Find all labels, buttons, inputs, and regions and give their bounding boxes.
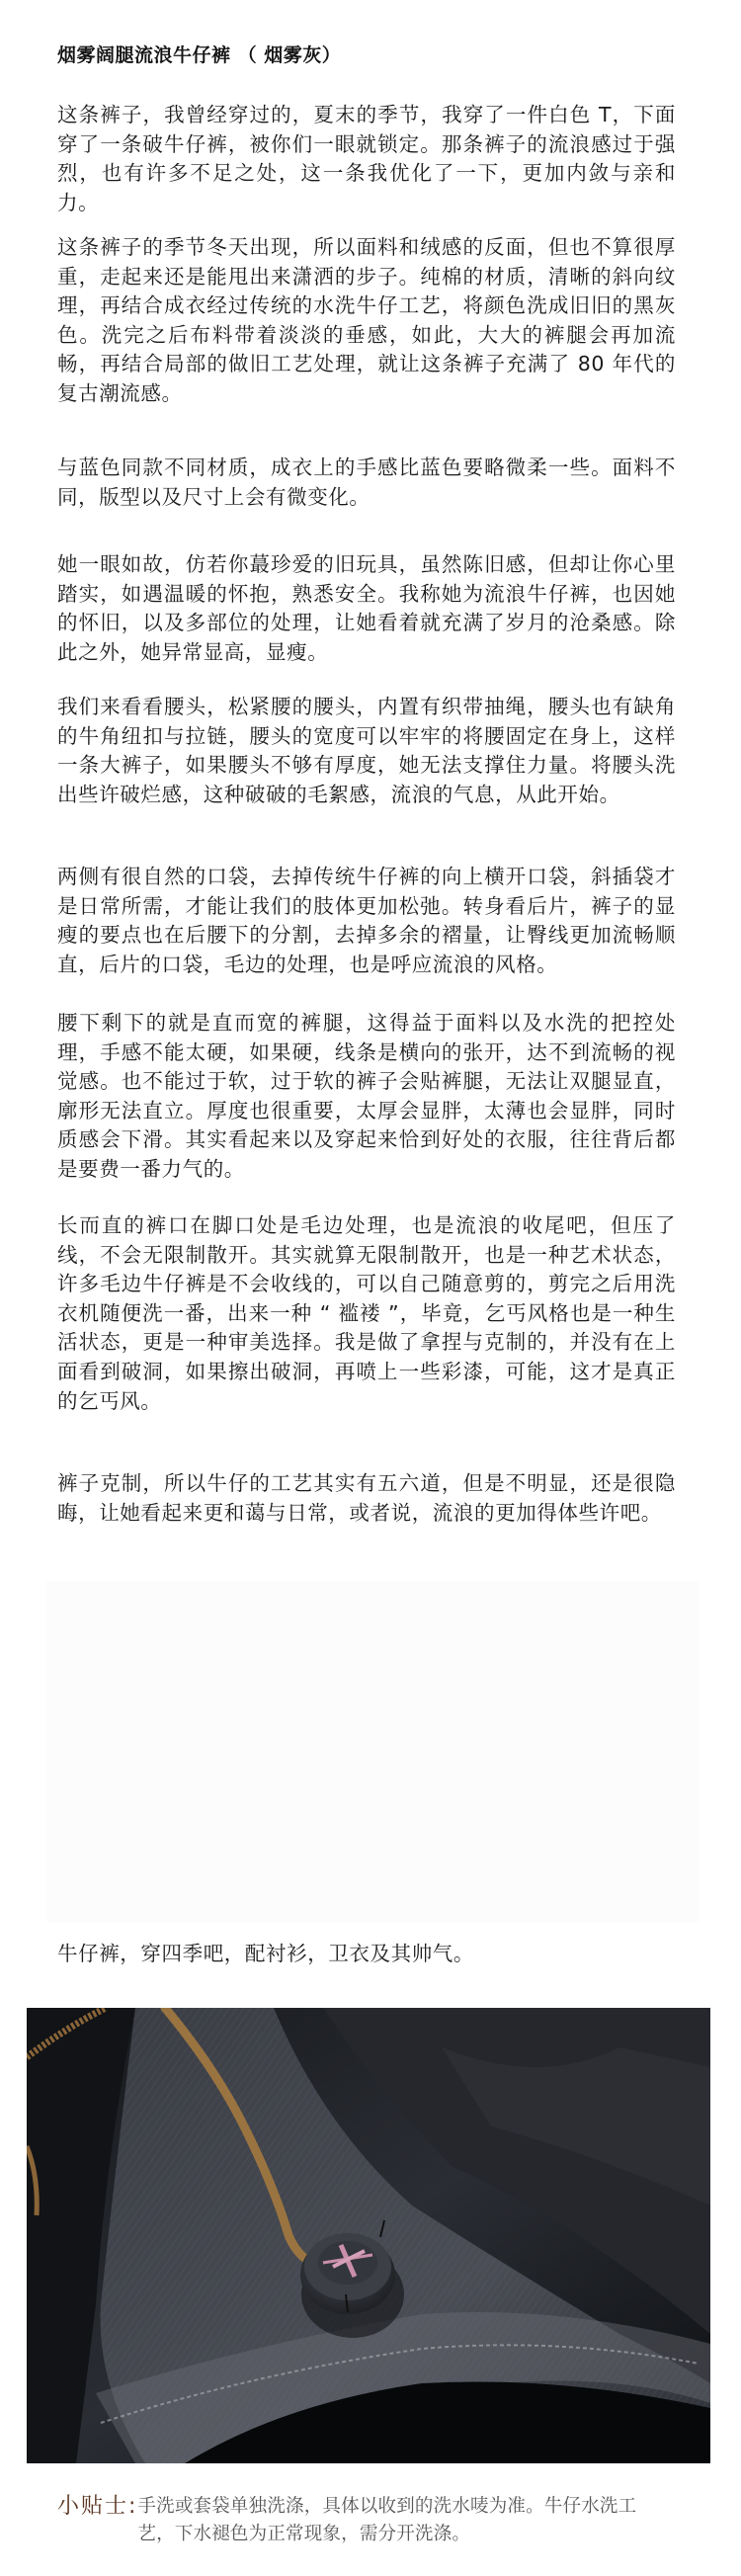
image-placeholder [46, 1581, 699, 1922]
tip-text: 手洗或套袋单独洗涤，具体以收到的洗水唛为准。牛仔水洗工艺，下水褪色为正常现象，需… [137, 2492, 670, 2548]
denim-closeup-illustration [27, 2008, 710, 2463]
paragraph-pockets: 两侧有很自然的口袋，去掉传统牛仔裤的向上横开口袋，斜插袋才是日常所需，才能让我们… [57, 863, 676, 979]
paragraph-intro: 这条裤子，我曾经穿过的，夏末的季节，我穿了一件白色 T，下面穿了一条破牛仔裤，被… [57, 101, 676, 217]
tip-label: 小贴士: [57, 2492, 137, 2522]
paragraph-restraint: 裤子克制，所以牛仔的工艺其实有五六道，但是不明显，还是很隐晦，让她看起来更和蔼与… [57, 1469, 676, 1528]
paragraph-hem: 长而直的裤口在脚口处是毛边处理，也是流浪的收尾吧，但压了线，不会无限制散开。其实… [57, 1211, 676, 1416]
care-tip: 小贴士: 手洗或套袋单独洗涤，具体以收到的洗水唛为准。牛仔水洗工艺，下水褪色为正… [57, 2492, 670, 2548]
product-photo-denim-button [27, 2008, 710, 2463]
product-title: 烟雾阔腿流浪牛仔裤 （ 烟雾灰） [57, 41, 341, 67]
styling-caption: 牛仔裤，穿四季吧，配衬衫，卫衣及其帅气。 [57, 1937, 474, 1966]
paragraph-legs: 腰下剩下的就是直而宽的裤腿，这得益于面料以及水洗的把控处理，手感不能太硬，如果硬… [57, 1009, 676, 1185]
paragraph-fabric: 这条裤子的季节冬天出现，所以面料和绒感的反面，但也不算很厚重，走起来还是能甩出来… [57, 233, 676, 409]
paragraph-nostalgia: 她一眼如故，仿若你蕞珍爱的旧玩具，虽然陈旧感，但却让你心里踏实，如遇温暖的怀抱，… [57, 550, 676, 667]
paragraph-waistband: 我们来看看腰头，松紧腰的腰头，内置有织带抽绳，腰头也有缺角的牛角纽扣与拉链，腰头… [57, 693, 676, 809]
paragraph-material-compare: 与蓝色同款不同材质，成衣上的手感比蓝色要略微柔一些。面料不同，版型以及尺寸上会有… [57, 454, 676, 512]
